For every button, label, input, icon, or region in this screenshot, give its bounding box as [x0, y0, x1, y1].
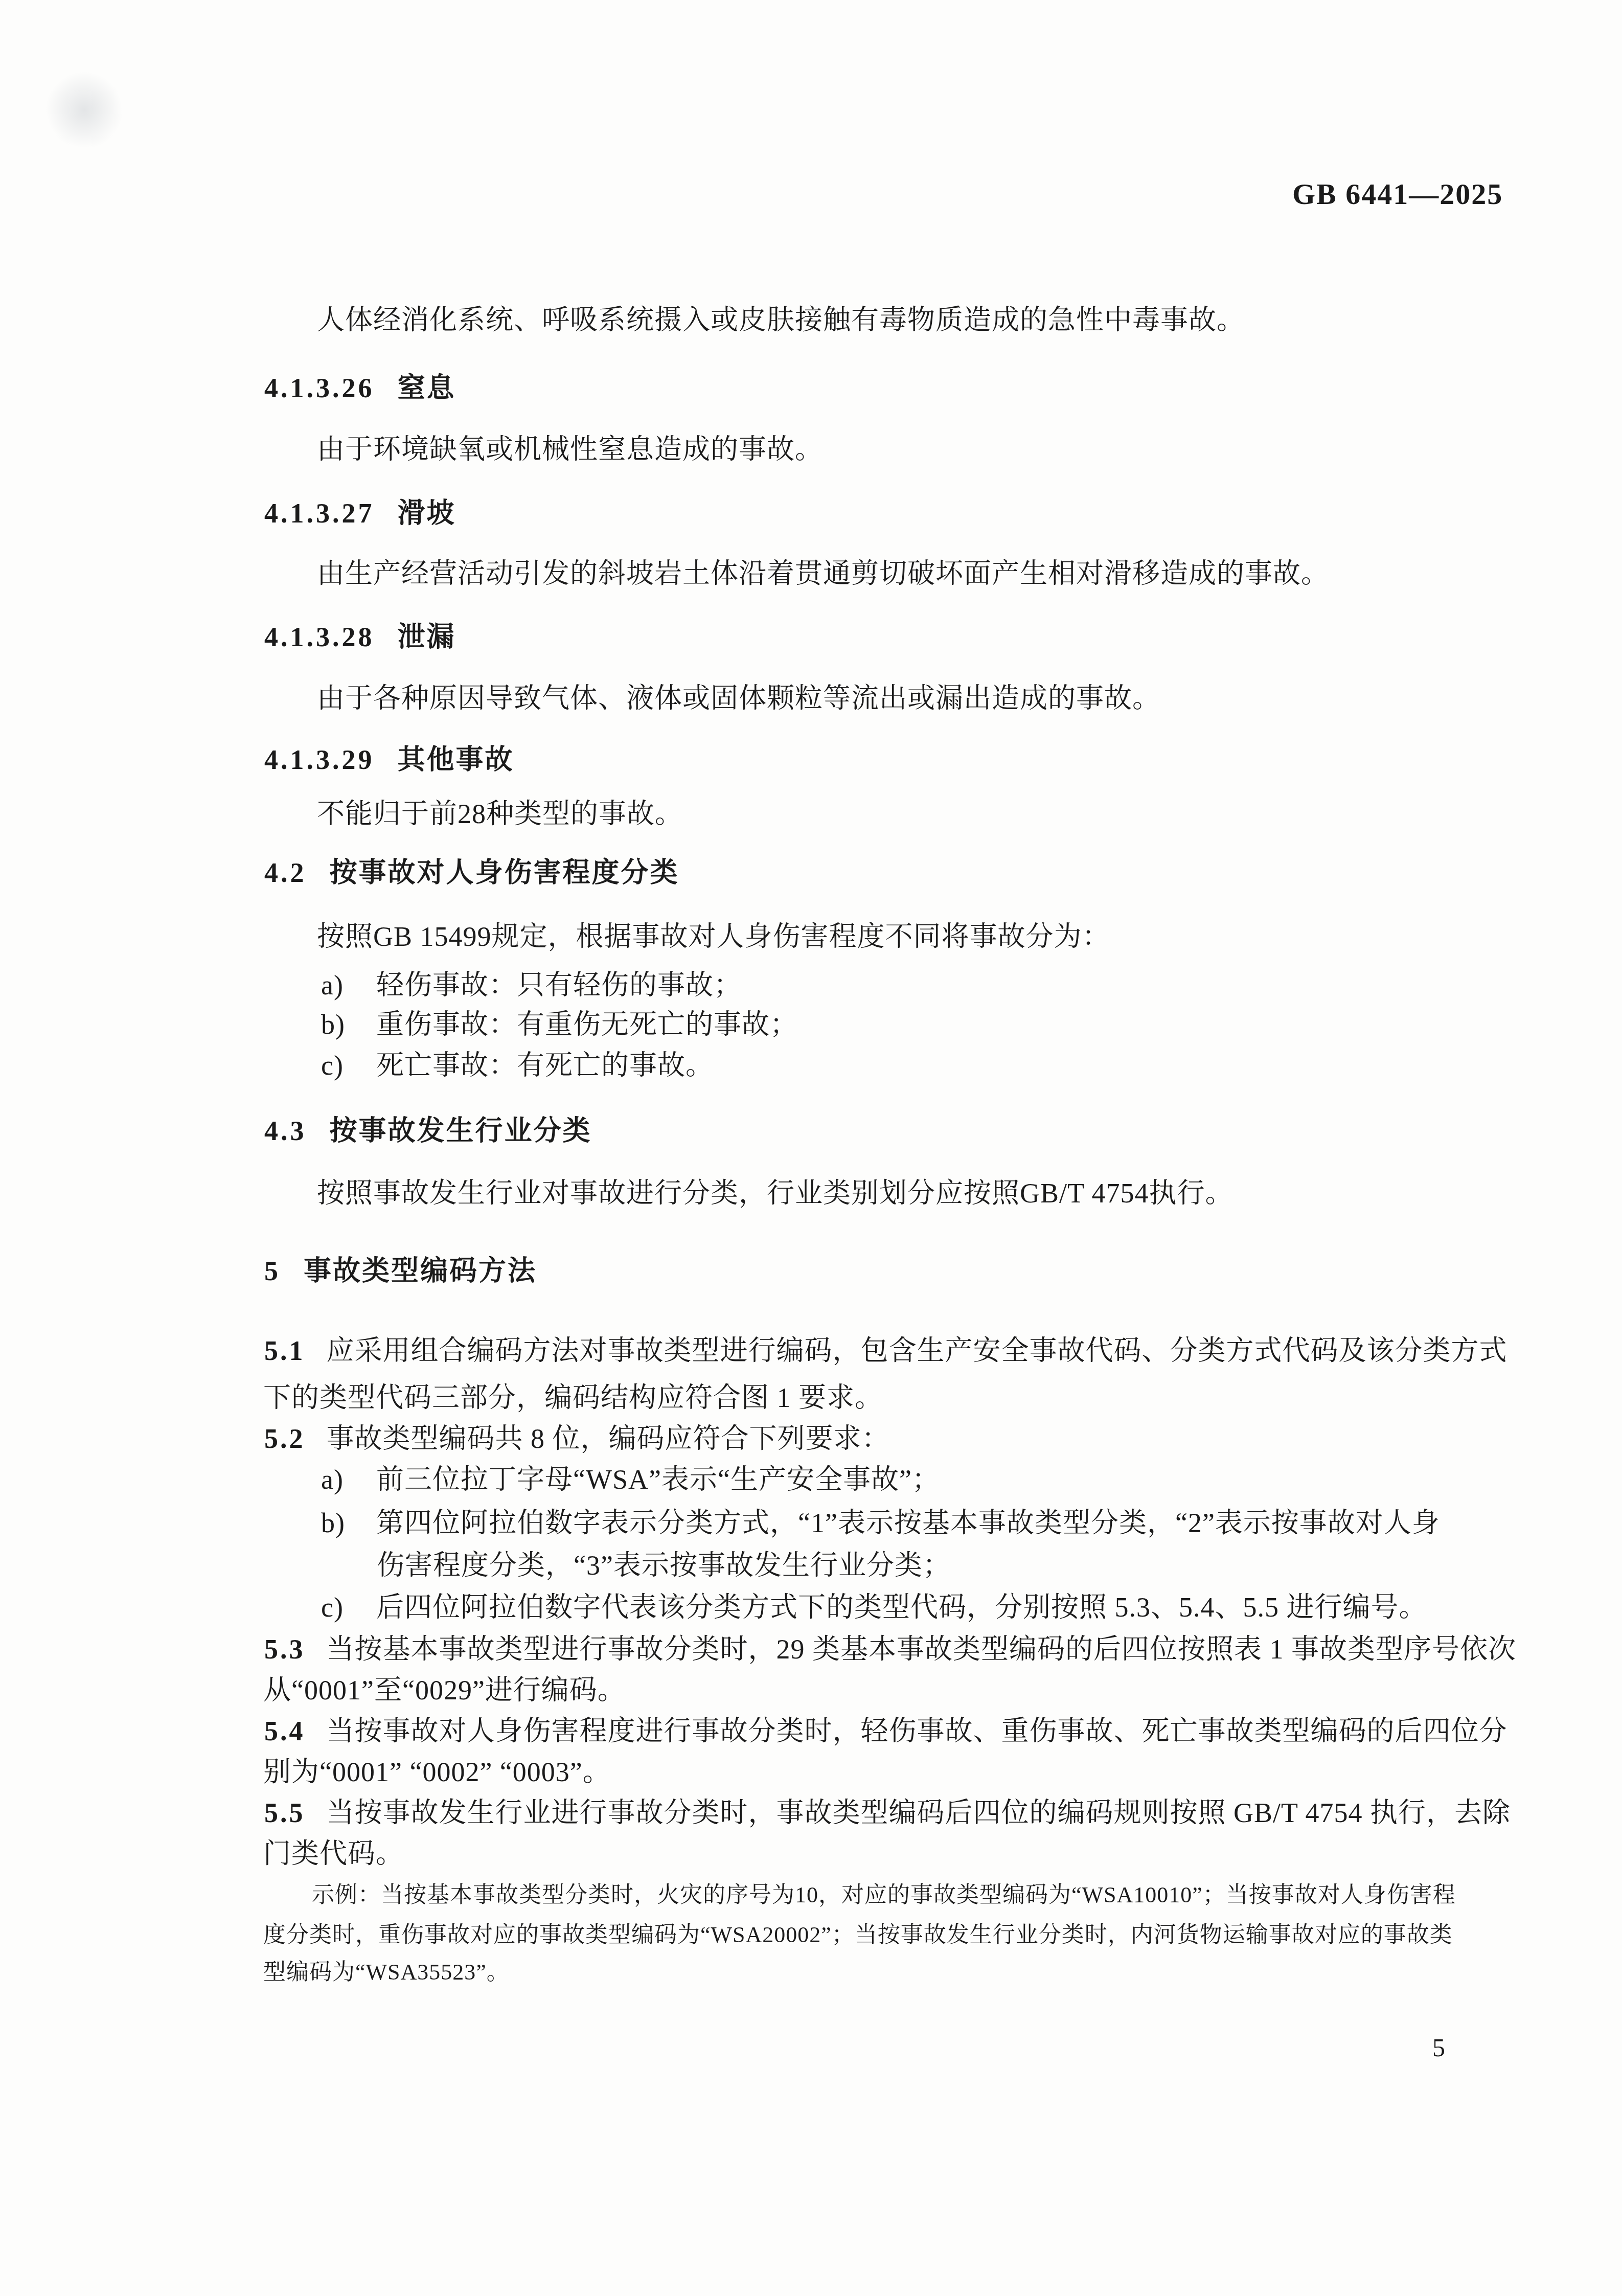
list-text: 后四位阿拉伯数字代表该分类方式下的类型代码，分别按照 5.3、5.4、5.5 进… [376, 1592, 1427, 1623]
list-item: a)前三位拉丁字母“WSA”表示“生产安全事故”； [321, 1464, 940, 1495]
paragraph-continuation: 别为“0001” “0002” “0003”。 [263, 1757, 611, 1787]
clause-number: 5.1 [264, 1335, 305, 1366]
clause-number: 5.5 [264, 1798, 305, 1828]
list-item: c)死亡事故：有死亡的事故。 [321, 1050, 714, 1081]
paragraph-continuation: 从“0001”至“0029”进行编码。 [263, 1675, 626, 1706]
list-text: 前三位拉丁字母“WSA”表示“生产安全事故”； [376, 1464, 940, 1495]
clause-title: 泄漏 [398, 622, 456, 652]
paragraph: 不能归于前28种类型的事故。 [317, 799, 683, 829]
paragraph: 人体经消化系统、呼吸系统摄入或皮肤接触有毒物质造成的急性中毒事故。 [317, 305, 1245, 335]
list-letter: a) [321, 1464, 351, 1495]
paragraph: 由生产经营活动引发的斜坡岩土体沿着贯通剪切破坏面产生相对滑移造成的事故。 [317, 558, 1329, 589]
paragraph-text: 应采用组合编码方法对事故类型进行编码，包含生产安全事故代码、分类方式代码及该分类… [327, 1335, 1507, 1366]
numbered-paragraph: 5.5当按事故发生行业进行事故分类时，事故类型编码后四位的编码规则按照 GB/T… [264, 1798, 1511, 1828]
numbered-paragraph: 5.3当按基本事故类型进行事故分类时，29 类基本事故类型编码的后四位按照表 1… [264, 1634, 1516, 1665]
numbered-paragraph: 5.4当按事故对人身伤害程度进行事故分类时，轻伤事故、重伤事故、死亡事故类型编码… [264, 1716, 1507, 1746]
clause-number: 4.1.3.27 [264, 498, 375, 529]
clause-title: 滑坡 [398, 498, 456, 529]
list-item-continuation: 伤害程度分类，“3”表示按事故发生行业分类； [377, 1550, 951, 1581]
list-text: 第四位阿拉伯数字表示分类方式，“1”表示按基本事故类型分类，“2”表示按事故对人… [376, 1508, 1440, 1538]
clause-number: 4.3 [264, 1116, 307, 1146]
clause-number: 4.1.3.28 [264, 622, 375, 652]
page-number: 5 [1432, 2033, 1445, 2062]
list-letter: b) [321, 1009, 351, 1040]
clause-number: 5.3 [264, 1634, 305, 1665]
clause-title: 按事故对人身伤害程度分类 [330, 857, 679, 888]
list-letter: c) [321, 1592, 351, 1623]
example-line: 示例：当按基本事故类型分类时，火灾的序号为10，对应的事故类型编码为“WSA10… [312, 1882, 1456, 1908]
list-letter: a) [321, 970, 351, 1001]
example-line: 度分类时，重伤事故对应的事故类型编码为“WSA20002”；当按事故发生行业分类… [263, 1922, 1453, 1948]
clause-number: 5 [264, 1256, 281, 1286]
list-text: 轻伤事故：只有轻伤的事故； [376, 970, 742, 1001]
clause-number: 4.1.3.29 [264, 744, 375, 775]
list-item: c)后四位阿拉伯数字代表该分类方式下的类型代码，分别按照 5.3、5.4、5.5… [321, 1592, 1427, 1623]
document-page: GB 6441—2025 人体经消化系统、呼吸系统摄入或皮肤接触有毒物质造成的急… [0, 0, 1622, 2296]
standard-number: GB 6441—2025 [1292, 177, 1503, 211]
clause-heading: 4.1.3.28泄漏 [264, 622, 456, 652]
clause-number: 5.2 [264, 1423, 305, 1454]
numbered-paragraph: 5.2事故类型编码共 8 位，编码应符合下列要求： [264, 1423, 890, 1454]
clause-title: 窒息 [398, 373, 456, 403]
clause-heading: 4.1.3.27滑坡 [264, 498, 456, 529]
list-letter: b) [321, 1508, 351, 1538]
clause-number: 4.2 [264, 857, 307, 888]
clause-heading: 4.1.3.29其他事故 [264, 744, 514, 775]
paragraph-continuation: 下的类型代码三部分，编码结构应符合图 1 要求。 [263, 1382, 883, 1413]
list-item: b)重伤事故：有重伤无死亡的事故； [321, 1009, 798, 1040]
scan-smudge-artifact [46, 72, 123, 148]
list-letter: c) [321, 1050, 351, 1081]
section-heading: 4.2按事故对人身伤害程度分类 [264, 857, 679, 888]
numbered-paragraph: 5.1应采用组合编码方法对事故类型进行编码，包含生产安全事故代码、分类方式代码及… [264, 1335, 1507, 1366]
clause-number: 5.4 [264, 1716, 305, 1746]
paragraph-text: 当按事故发生行业进行事故分类时，事故类型编码后四位的编码规则按照 GB/T 47… [327, 1798, 1511, 1828]
section-heading: 4.3按事故发生行业分类 [264, 1116, 592, 1146]
list-text: 重伤事故：有重伤无死亡的事故； [376, 1009, 798, 1040]
list-item: b)第四位阿拉伯数字表示分类方式，“1”表示按基本事故类型分类，“2”表示按事故… [321, 1508, 1440, 1538]
clause-title: 按事故发生行业分类 [330, 1116, 592, 1146]
paragraph: 由于环境缺氧或机械性窒息造成的事故。 [317, 434, 823, 465]
clause-heading: 4.1.3.26窒息 [264, 373, 456, 403]
list-text: 死亡事故：有死亡的事故。 [376, 1050, 714, 1081]
paragraph-text: 当按基本事故类型进行事故分类时，29 类基本事故类型编码的后四位按照表 1 事故… [327, 1634, 1517, 1665]
paragraph-text: 当按事故对人身伤害程度进行事故分类时，轻伤事故、重伤事故、死亡事故类型编码的后四… [327, 1716, 1507, 1746]
paragraph: 按照GB 15499规定，根据事故对人身伤害程度不同将事故分为： [317, 921, 1110, 952]
example-line: 型编码为“WSA35523”。 [263, 1960, 510, 1985]
clause-title: 事故类型编码方法 [304, 1256, 537, 1286]
clause-title: 其他事故 [398, 744, 514, 775]
paragraph: 按照事故发生行业对事故进行分类，行业类别划分应按照GB/T 4754执行。 [317, 1178, 1233, 1209]
clause-number: 4.1.3.26 [264, 373, 375, 403]
paragraph-text: 事故类型编码共 8 位，编码应符合下列要求： [327, 1423, 890, 1454]
paragraph-continuation: 门类代码。 [263, 1838, 404, 1869]
chapter-heading: 5事故类型编码方法 [264, 1256, 537, 1286]
paragraph: 由于各种原因导致气体、液体或固体颗粒等流出或漏出造成的事故。 [317, 683, 1160, 714]
list-item: a)轻伤事故：只有轻伤的事故； [321, 970, 742, 1001]
